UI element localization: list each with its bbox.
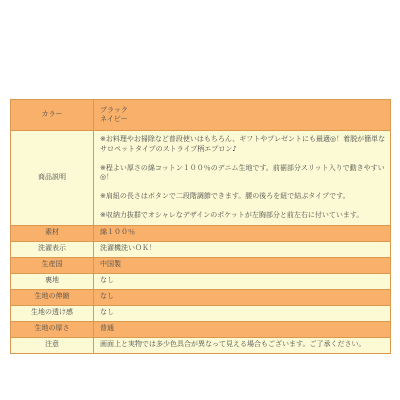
row-label: 素材	[11, 225, 94, 241]
table-row-material: 素材 綿１００％	[11, 225, 391, 241]
page: { "table": { "colors": { "row_orange": "…	[0, 0, 400, 400]
row-value: ブラック ネイビー	[94, 100, 391, 131]
table-row-washing: 洗濯表示 洗濯機洗いＯＫ！	[11, 241, 391, 257]
table-row-sheerness: 生地の透け感 なし	[11, 305, 391, 321]
row-value: 洗濯機洗いＯＫ！	[94, 241, 391, 257]
row-value: なし	[94, 289, 391, 305]
table-row-notice: 注意 画面上と実物では多少色具合が異なって見える場合もございます。ご了承ください…	[11, 337, 391, 353]
row-label: 注意	[11, 337, 94, 353]
table-row-description: 商品説明 ※お料理やお掃除など普段使いはもちろん、ギフトやプレゼントにも最適◎！…	[11, 131, 391, 226]
product-spec-section: カラー ブラック ネイビー 商品説明 ※お料理やお掃除など普段使いはもちろん、ギ…	[10, 99, 391, 354]
table-row-color: カラー ブラック ネイビー	[11, 100, 391, 131]
table-row-lining: 裏地 なし	[11, 273, 391, 289]
row-value: 綿１００％	[94, 225, 391, 241]
row-value: なし	[94, 305, 391, 321]
product-info-table: カラー ブラック ネイビー 商品説明 ※お料理やお掃除など普段使いはもちろん、ギ…	[10, 99, 391, 354]
row-label: 生産国	[11, 257, 94, 273]
row-value: 画面上と実物では多少色具合が異なって見える場合もございます。ご了承ください。	[94, 337, 391, 353]
row-label: 裏地	[11, 273, 94, 289]
row-label: 生地の透け感	[11, 305, 94, 321]
row-value: 中国製	[94, 257, 391, 273]
table-row-country: 生産国 中国製	[11, 257, 391, 273]
row-label: 洗濯表示	[11, 241, 94, 257]
row-label: 生地の伸縮	[11, 289, 94, 305]
row-label: 生地の厚さ	[11, 321, 94, 337]
row-value: なし	[94, 273, 391, 289]
row-label: カラー	[11, 100, 94, 131]
row-value: ※お料理やお掃除など普段使いはもちろん、ギフトやプレゼントにも最適◎！着脱が簡単…	[94, 131, 391, 226]
row-label: 商品説明	[11, 131, 94, 226]
table-row-thickness: 生地の厚さ 普通	[11, 321, 391, 337]
table-row-stretch: 生地の伸縮 なし	[11, 289, 391, 305]
row-value: 普通	[94, 321, 391, 337]
